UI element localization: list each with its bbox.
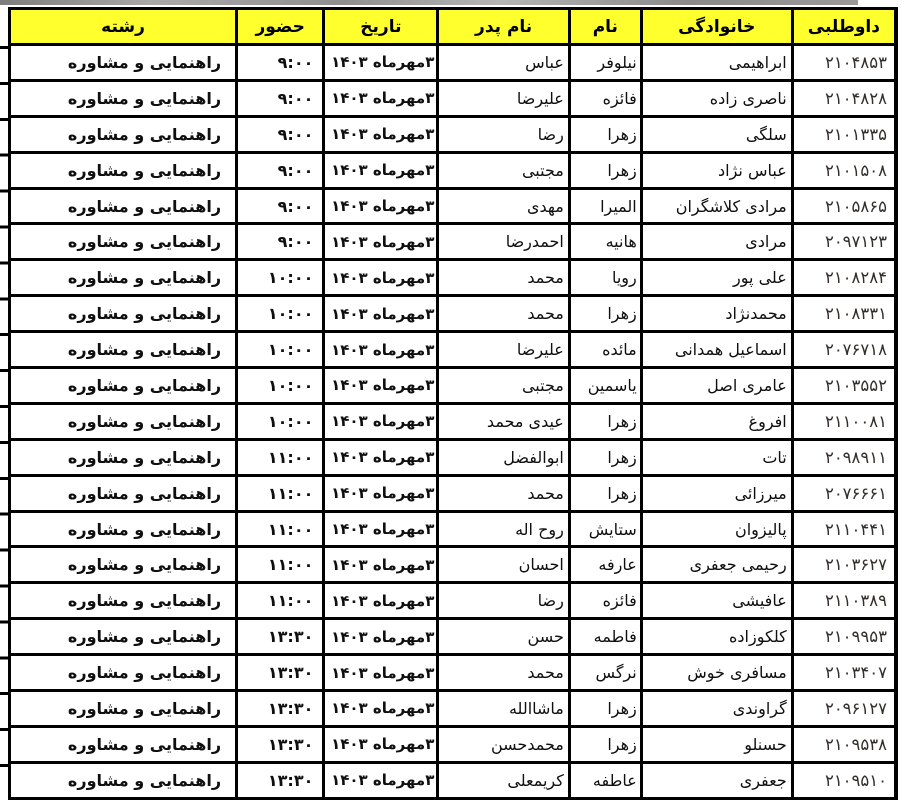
- cell-nampedar: احسان: [438, 547, 569, 583]
- header-row: داوطلبی خانوادگی نام نام پدر تاریخ حضور …: [10, 9, 897, 45]
- table-row: ۲۱۰۳۶۲۷رحیمی جعفریعارفهاحسان۳مهرماه ۱۴۰۳…: [10, 547, 897, 583]
- cell-nam: نیلوفر: [569, 45, 641, 81]
- table-row: ۲۱۰۴۸۵۳ابراهیمینیلوفرعباس۳مهرماه ۱۴۰۳۹:۰…: [10, 45, 897, 81]
- cell-nam: زهرا: [569, 691, 641, 727]
- cell-nampedar: محمد: [438, 296, 569, 332]
- table-body: ۲۱۰۴۸۵۳ابراهیمینیلوفرعباس۳مهرماه ۱۴۰۳۹:۰…: [10, 45, 897, 799]
- cell-nam: فاطمه: [569, 619, 641, 655]
- cell-reshte: راهنمایی و مشاوره: [10, 726, 237, 762]
- cell-nampedar: علیرضا: [438, 332, 569, 368]
- column-header-family-name: خانوادگی: [641, 9, 792, 45]
- cell-khanevadegi: جعفری: [641, 762, 792, 798]
- cell-reshte: راهنمایی و مشاوره: [10, 80, 237, 116]
- table-row: ۲۱۰۹۹۵۳کلکوزادهفاطمهحسن۳مهرماه ۱۴۰۳۱۳:۳۰…: [10, 619, 897, 655]
- cell-tarikh: ۳مهرماه ۱۴۰۳: [324, 260, 438, 296]
- cell-nampedar: روح اله: [438, 511, 569, 547]
- cell-nam: زهرا: [569, 475, 641, 511]
- cell-nam: عارفه: [569, 547, 641, 583]
- table-row: ۲۱۰۴۸۲۸ناصری زادهفائزهعلیرضا۳مهرماه ۱۴۰۳…: [10, 80, 897, 116]
- cell-reshte: راهنمایی و مشاوره: [10, 332, 237, 368]
- table-row: ۲۱۰۹۵۳۸حسنلوزهرامحمدحسن۳مهرماه ۱۴۰۳۱۳:۳۰…: [10, 726, 897, 762]
- cell-tarikh: ۳مهرماه ۱۴۰۳: [324, 655, 438, 691]
- cell-davtalabi: ۲۱۰۹۹۵۳: [792, 619, 896, 655]
- cell-tarikh: ۳مهرماه ۱۴۰۳: [324, 224, 438, 260]
- cell-reshte: راهنمایی و مشاوره: [10, 691, 237, 727]
- cell-reshte: راهنمایی و مشاوره: [10, 762, 237, 798]
- cell-nam: المیرا: [569, 188, 641, 224]
- cell-khanevadegi: علی پور: [641, 260, 792, 296]
- cell-tarikh: ۳مهرماه ۱۴۰۳: [324, 45, 438, 81]
- cell-nampedar: رضا: [438, 116, 569, 152]
- cell-davtalabi: ۲۱۰۳۴۰۷: [792, 655, 896, 691]
- cell-reshte: راهنمایی و مشاوره: [10, 475, 237, 511]
- cell-tarikh: ۳مهرماه ۱۴۰۳: [324, 403, 438, 439]
- cell-reshte: راهنمایی و مشاوره: [10, 296, 237, 332]
- cell-nampedar: مهدی: [438, 188, 569, 224]
- cell-reshte: راهنمایی و مشاوره: [10, 45, 237, 81]
- cell-khanevadegi: میرزائی: [641, 475, 792, 511]
- cell-nampedar: کریمعلی: [438, 762, 569, 798]
- cell-khanevadegi: ناصری زاده: [641, 80, 792, 116]
- cell-nampedar: ماشاالله: [438, 691, 569, 727]
- cell-hozur: ۹:۰۰: [237, 45, 324, 81]
- left-cutoff-gridlines: [0, 46, 8, 800]
- cell-khanevadegi: عافیشی: [641, 583, 792, 619]
- cell-khanevadegi: مرادی: [641, 224, 792, 260]
- cell-khanevadegi: افروغ: [641, 403, 792, 439]
- cell-nampedar: رضا: [438, 583, 569, 619]
- cell-nam: زهرا: [569, 152, 641, 188]
- table-row: ۲۱۱۰۰۸۱افروغزهراعیدی محمد۳مهرماه ۱۴۰۳۱۰:…: [10, 403, 897, 439]
- cell-nampedar: علیرضا: [438, 80, 569, 116]
- cell-hozur: ۱۳:۳۰: [237, 726, 324, 762]
- cell-davtalabi: ۲۱۰۳۵۵۲: [792, 368, 896, 404]
- cell-khanevadegi: تات: [641, 439, 792, 475]
- cell-reshte: راهنمایی و مشاوره: [10, 116, 237, 152]
- cell-davtalabi: ۲۰۹۷۱۲۳: [792, 224, 896, 260]
- cell-hozur: ۹:۰۰: [237, 80, 324, 116]
- cell-nam: زهرا: [569, 403, 641, 439]
- cell-nampedar: عیدی محمد: [438, 403, 569, 439]
- cell-nampedar: محمدحسن: [438, 726, 569, 762]
- cell-reshte: راهنمایی و مشاوره: [10, 511, 237, 547]
- cell-nampedar: عباس: [438, 45, 569, 81]
- table-row: ۲۰۷۶۷۱۸اسماعیل همدانیمائدهعلیرضا۳مهرماه …: [10, 332, 897, 368]
- cell-tarikh: ۳مهرماه ۱۴۰۳: [324, 80, 438, 116]
- table-row: ۲۱۰۹۵۱۰جعفریعاطفهکریمعلی۳مهرماه ۱۴۰۳۱۳:۳…: [10, 762, 897, 798]
- cell-hozur: ۹:۰۰: [237, 224, 324, 260]
- cell-reshte: راهنمایی و مشاوره: [10, 655, 237, 691]
- cell-tarikh: ۳مهرماه ۱۴۰۳: [324, 116, 438, 152]
- cell-hozur: ۹:۰۰: [237, 116, 324, 152]
- table-header: داوطلبی خانوادگی نام نام پدر تاریخ حضور …: [10, 9, 897, 45]
- cell-nampedar: ابوالفضل: [438, 439, 569, 475]
- cell-khanevadegi: رحیمی جعفری: [641, 547, 792, 583]
- cell-nam: مائده: [569, 332, 641, 368]
- exam-schedule-table: داوطلبی خانوادگی نام نام پدر تاریخ حضور …: [8, 7, 898, 800]
- cell-nampedar: حسن: [438, 619, 569, 655]
- cell-nampedar: مجتبی: [438, 152, 569, 188]
- cell-davtalabi: ۲۱۱۰۰۸۱: [792, 403, 896, 439]
- cell-nam: رویا: [569, 260, 641, 296]
- table-row: ۲۱۰۱۵۰۸عباس نژادزهرامجتبی۳مهرماه ۱۴۰۳۹:۰…: [10, 152, 897, 188]
- cell-tarikh: ۳مهرماه ۱۴۰۳: [324, 296, 438, 332]
- cell-tarikh: ۳مهرماه ۱۴۰۳: [324, 691, 438, 727]
- cell-tarikh: ۳مهرماه ۱۴۰۳: [324, 332, 438, 368]
- cell-tarikh: ۳مهرماه ۱۴۰۳: [324, 547, 438, 583]
- table-row: ۲۱۰۳۵۵۲عامری اصلیاسمینمجتبی۳مهرماه ۱۴۰۳۱…: [10, 368, 897, 404]
- cell-hozur: ۱۱:۰۰: [237, 511, 324, 547]
- cell-reshte: راهنمایی و مشاوره: [10, 547, 237, 583]
- cell-khanevadegi: اسماعیل همدانی: [641, 332, 792, 368]
- table-row: ۲۱۰۸۲۸۴علی پوررویامحمد۳مهرماه ۱۴۰۳۱۰:۰۰ر…: [10, 260, 897, 296]
- cell-khanevadegi: عامری اصل: [641, 368, 792, 404]
- cell-hozur: ۱۱:۰۰: [237, 475, 324, 511]
- cell-nam: فائزه: [569, 583, 641, 619]
- cell-hozur: ۹:۰۰: [237, 188, 324, 224]
- cell-nam: عاطفه: [569, 762, 641, 798]
- cell-reshte: راهنمایی و مشاوره: [10, 260, 237, 296]
- cell-davtalabi: ۲۰۹۶۱۲۷: [792, 691, 896, 727]
- cell-khanevadegi: حسنلو: [641, 726, 792, 762]
- top-edge-strip: [0, 0, 858, 5]
- cell-davtalabi: ۲۱۱۰۳۸۹: [792, 583, 896, 619]
- column-header-father-name: نام پدر: [438, 9, 569, 45]
- cell-davtalabi: ۲۰۷۶۶۶۱: [792, 475, 896, 511]
- cell-khanevadegi: سلگی: [641, 116, 792, 152]
- cell-reshte: راهنمایی و مشاوره: [10, 368, 237, 404]
- cell-reshte: راهنمایی و مشاوره: [10, 439, 237, 475]
- table-row: ۲۰۹۸۹۱۱تاتزهراابوالفضل۳مهرماه ۱۴۰۳۱۱:۰۰ر…: [10, 439, 897, 475]
- cell-nam: ستایش: [569, 511, 641, 547]
- cell-tarikh: ۳مهرماه ۱۴۰۳: [324, 583, 438, 619]
- cell-davtalabi: ۲۱۰۸۲۸۴: [792, 260, 896, 296]
- cell-nam: فائزه: [569, 80, 641, 116]
- cell-khanevadegi: مرادی کلاشگران: [641, 188, 792, 224]
- table-row: ۲۰۹۶۱۲۷گراوندیزهراماشاالله۳مهرماه ۱۴۰۳۱۳…: [10, 691, 897, 727]
- cell-khanevadegi: محمدنژاد: [641, 296, 792, 332]
- cell-davtalabi: ۲۱۰۱۳۳۵: [792, 116, 896, 152]
- column-header-first-name: نام: [569, 9, 641, 45]
- cell-tarikh: ۳مهرماه ۱۴۰۳: [324, 152, 438, 188]
- cell-nam: یاسمین: [569, 368, 641, 404]
- table-row: ۲۱۱۰۳۸۹عافیشیفائزهرضا۳مهرماه ۱۴۰۳۱۱:۰۰را…: [10, 583, 897, 619]
- cell-reshte: راهنمایی و مشاوره: [10, 619, 237, 655]
- cell-davtalabi: ۲۱۰۳۶۲۷: [792, 547, 896, 583]
- cell-davtalabi: ۲۰۹۸۹۱۱: [792, 439, 896, 475]
- cell-davtalabi: ۲۱۰۹۵۳۸: [792, 726, 896, 762]
- cell-tarikh: ۳مهرماه ۱۴۰۳: [324, 619, 438, 655]
- cell-reshte: راهنمایی و مشاوره: [10, 188, 237, 224]
- column-header-field: رشته: [10, 9, 237, 45]
- cell-nam: زهرا: [569, 116, 641, 152]
- cell-khanevadegi: پالیزوان: [641, 511, 792, 547]
- cell-tarikh: ۳مهرماه ۱۴۰۳: [324, 511, 438, 547]
- cell-khanevadegi: گراوندی: [641, 691, 792, 727]
- cell-davtalabi: ۲۱۱۰۴۴۱: [792, 511, 896, 547]
- cell-hozur: ۱۰:۰۰: [237, 296, 324, 332]
- cell-khanevadegi: ابراهیمی: [641, 45, 792, 81]
- cell-tarikh: ۳مهرماه ۱۴۰۳: [324, 726, 438, 762]
- cell-hozur: ۱۳:۳۰: [237, 691, 324, 727]
- cell-davtalabi: ۲۱۰۸۳۳۱: [792, 296, 896, 332]
- cell-nam: هانیه: [569, 224, 641, 260]
- cell-hozur: ۱۰:۰۰: [237, 403, 324, 439]
- cell-davtalabi: ۲۱۰۹۵۱۰: [792, 762, 896, 798]
- cell-reshte: راهنمایی و مشاوره: [10, 583, 237, 619]
- cell-khanevadegi: عباس نژاد: [641, 152, 792, 188]
- table-row: ۲۰۹۷۱۲۳مرادیهانیهاحمدرضا۳مهرماه ۱۴۰۳۹:۰۰…: [10, 224, 897, 260]
- cell-khanevadegi: مسافری خوش: [641, 655, 792, 691]
- cell-khanevadegi: کلکوزاده: [641, 619, 792, 655]
- cell-hozur: ۱۳:۳۰: [237, 619, 324, 655]
- cell-hozur: ۱۱:۰۰: [237, 583, 324, 619]
- cell-nampedar: محمد: [438, 655, 569, 691]
- cell-davtalabi: ۲۰۷۶۷۱۸: [792, 332, 896, 368]
- cell-tarikh: ۳مهرماه ۱۴۰۳: [324, 475, 438, 511]
- cell-nam: زهرا: [569, 726, 641, 762]
- cell-nam: نرگس: [569, 655, 641, 691]
- cell-reshte: راهنمایی و مشاوره: [10, 152, 237, 188]
- cell-hozur: ۱۰:۰۰: [237, 260, 324, 296]
- cell-davtalabi: ۲۱۰۴۸۵۳: [792, 45, 896, 81]
- cell-nampedar: مجتبی: [438, 368, 569, 404]
- cell-nampedar: محمد: [438, 475, 569, 511]
- cell-hozur: ۱۰:۰۰: [237, 332, 324, 368]
- cell-tarikh: ۳مهرماه ۱۴۰۳: [324, 368, 438, 404]
- table-row: ۲۰۷۶۶۶۱میرزائیزهرامحمد۳مهرماه ۱۴۰۳۱۱:۰۰ر…: [10, 475, 897, 511]
- cell-davtalabi: ۲۱۰۱۵۰۸: [792, 152, 896, 188]
- table-row: ۲۱۰۱۳۳۵سلگیزهرارضا۳مهرماه ۱۴۰۳۹:۰۰راهنما…: [10, 116, 897, 152]
- cell-hozur: ۱۳:۳۰: [237, 655, 324, 691]
- cell-hozur: ۱۳:۳۰: [237, 762, 324, 798]
- column-header-candidate-number: داوطلبی: [792, 9, 896, 45]
- table-row: ۲۱۰۵۸۶۵مرادی کلاشگرانالمیرامهدی۳مهرماه ۱…: [10, 188, 897, 224]
- page: { "colors":{ "header_bg":"#ffff2e", "bor…: [0, 0, 907, 800]
- cell-nam: زهرا: [569, 439, 641, 475]
- column-header-date: تاریخ: [324, 9, 438, 45]
- cell-reshte: راهنمایی و مشاوره: [10, 224, 237, 260]
- cell-hozur: ۹:۰۰: [237, 152, 324, 188]
- cell-tarikh: ۳مهرماه ۱۴۰۳: [324, 762, 438, 798]
- cell-nampedar: محمد: [438, 260, 569, 296]
- cell-reshte: راهنمایی و مشاوره: [10, 403, 237, 439]
- cell-davtalabi: ۲۱۰۵۸۶۵: [792, 188, 896, 224]
- cell-tarikh: ۳مهرماه ۱۴۰۳: [324, 439, 438, 475]
- cell-nam: زهرا: [569, 296, 641, 332]
- cell-hozur: ۱۰:۰۰: [237, 368, 324, 404]
- table-row: ۲۱۰۳۴۰۷مسافری خوشنرگسمحمد۳مهرماه ۱۴۰۳۱۳:…: [10, 655, 897, 691]
- table-row: ۲۱۰۸۳۳۱محمدنژادزهرامحمد۳مهرماه ۱۴۰۳۱۰:۰۰…: [10, 296, 897, 332]
- column-header-attendance-time: حضور: [237, 9, 324, 45]
- cell-nampedar: احمدرضا: [438, 224, 569, 260]
- table-row: ۲۱۱۰۴۴۱پالیزوانستایشروح اله۳مهرماه ۱۴۰۳۱…: [10, 511, 897, 547]
- cell-hozur: ۱۱:۰۰: [237, 439, 324, 475]
- cell-davtalabi: ۲۱۰۴۸۲۸: [792, 80, 896, 116]
- cell-hozur: ۱۱:۰۰: [237, 547, 324, 583]
- cell-tarikh: ۳مهرماه ۱۴۰۳: [324, 188, 438, 224]
